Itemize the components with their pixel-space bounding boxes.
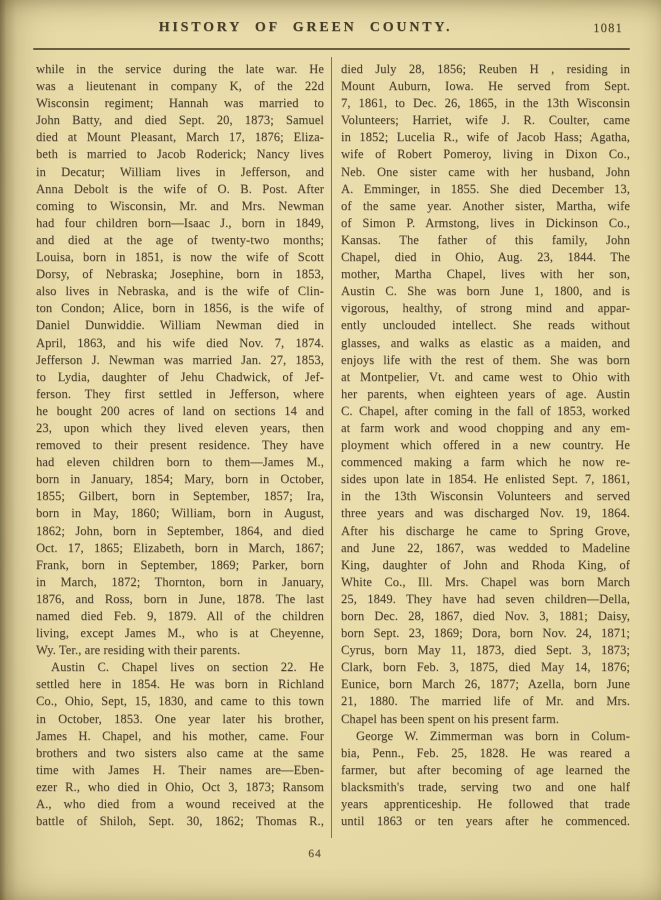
text-line: A., who died from a wound received at th… xyxy=(36,796,324,813)
text-line: Austin C. Chapel lives on section 22. He xyxy=(36,659,324,676)
text-line: in Decatur; William lives in Jefferson, … xyxy=(36,164,324,181)
text-line: glasses, and walks as elastic as a maide… xyxy=(341,335,630,352)
text-line: Wy. Ter., are residing with their parent… xyxy=(36,642,324,659)
text-line: John Batty, and died Sept. 20, 1873; Sam… xyxy=(36,112,324,129)
text-line: removed to their present residence. They… xyxy=(36,437,324,454)
text-line: had four children born—Isaac J., born in… xyxy=(36,215,324,232)
text-line: 21, 1880. The married life of Mr. and Mr… xyxy=(341,693,630,710)
text-line: bia, Penn., Feb. 25, 1828. He was reared… xyxy=(341,745,630,762)
text-line: Volunteers; Harriet, wife J. R. Coulter,… xyxy=(341,112,630,129)
text-line: blacksmith's trade, serving two and one … xyxy=(341,779,630,796)
text-line: George W. Zimmerman was born in Colum- xyxy=(341,728,630,745)
text-line: sides upon late in 1854. He enlisted Sep… xyxy=(341,471,630,488)
text-line: Anna Debolt is the wife of O. B. Post. A… xyxy=(36,181,324,198)
text-line: while in the service during the late war… xyxy=(36,61,324,78)
text-line: Cyrus, born May 11, 1873, died Sept. 3, … xyxy=(341,642,630,659)
text-line: 1855; Gilbert, born in September, 1857; … xyxy=(36,488,324,505)
text-line: White Co., Ill. Mrs. Chapel was born Mar… xyxy=(341,574,630,591)
text-line: ently unclouded intellect. She reads wit… xyxy=(341,317,630,334)
text-line: 1876, and Ross, born in June, 1878. The … xyxy=(36,591,324,608)
text-line: 23, upon which they lived eleven years, … xyxy=(36,420,324,437)
text-line: Neb. One sister came with her husband, J… xyxy=(341,164,630,181)
text-line: had eleven children born to them—James M… xyxy=(36,454,324,471)
text-line: years apprenticeship. He followed that t… xyxy=(341,796,630,813)
text-line: coming to Wisconsin, Mr. and Mrs. Newman xyxy=(36,198,324,215)
text-line: enjoys life with the rest of them. She w… xyxy=(341,352,630,369)
text-line: ton Condon; Alice, born in 1856, is the … xyxy=(36,300,324,317)
text-line: died July 28, 1856; Reuben H , residing … xyxy=(341,61,630,78)
text-line: wife of Robert Pomeroy, living in Dixon … xyxy=(341,146,630,163)
text-line: Frank, born in September, 1869; Parker, … xyxy=(36,557,324,574)
text-line: Mount Auburn, Iowa. He served from Sept. xyxy=(341,78,630,95)
text-line: named died Feb. 9, 1879. All of the chil… xyxy=(36,608,324,625)
text-line: time with James H. Their names are—Eben- xyxy=(36,762,324,779)
text-line: ezer R., who died in Ohio, Oct 3, 1873; … xyxy=(36,779,324,796)
text-line: James H. Chapel, and his mother, came. F… xyxy=(36,728,324,745)
text-line: vigorous, healthy, of strong mind and ap… xyxy=(341,300,630,317)
page-number: 1081 xyxy=(593,21,623,36)
left-text-column: while in the service during the late war… xyxy=(36,61,324,830)
text-line: brothers and two sisters also came at th… xyxy=(36,745,324,762)
text-line: ferson. They first settled in Jefferson,… xyxy=(36,386,324,403)
header-rule xyxy=(33,48,630,50)
text-line: in October, 1853. One year later his bro… xyxy=(36,711,324,728)
text-line: After his discharge he came to Spring Gr… xyxy=(341,523,630,540)
text-line: born Dec. 28, 1867, died Nov. 3, 1881; D… xyxy=(341,608,630,625)
text-line: Wisconsin regiment; Hannah was married t… xyxy=(36,95,324,112)
text-line: 25, 1849. They have had seven children—D… xyxy=(341,591,630,608)
text-line: her parents, when eighteen years of age.… xyxy=(341,386,630,403)
text-line: at Montpelier, Vt. and came west to Ohio… xyxy=(341,369,630,386)
text-line: to Lydia, daughter of Jehu Chadwick, of … xyxy=(36,369,324,386)
text-line: and died at the age of twenty-two months… xyxy=(36,232,324,249)
text-line: Chapel has been spent on his present far… xyxy=(341,711,630,728)
text-line: born in May, 1860; William, born in Augu… xyxy=(36,505,324,522)
right-text-column: died July 28, 1856; Reuben H , residing … xyxy=(341,61,630,830)
text-line: C. Chapel, after coming in the fall of 1… xyxy=(341,403,630,420)
text-line: living, except James M., who is at Cheye… xyxy=(36,625,324,642)
text-line: Oct. 17, 1865; Elizabeth, born in March,… xyxy=(36,540,324,557)
text-line: at farm work and wood chopping and any e… xyxy=(341,420,630,437)
text-line: born Sept. 23, 1869; Dora, born Nov. 24,… xyxy=(341,625,630,642)
text-line: Daniel Dunwiddie. William Newman died in xyxy=(36,317,324,334)
text-line: Kansas. The father of this family, John xyxy=(341,232,630,249)
text-line: also lives in Nebraska, and is the wife … xyxy=(36,283,324,300)
text-line: Clark, born Feb. 3, 1875, died May 14, 1… xyxy=(341,659,630,676)
text-line: commenced making a farm which he now re- xyxy=(341,454,630,471)
text-line: settled here in 1854. He was born in Ric… xyxy=(36,676,324,693)
text-line: until 1863 or ten years after he commenc… xyxy=(341,813,630,830)
text-line: of the same year. Another sister, Martha… xyxy=(341,198,630,215)
text-line: Austin C. She was born June 1, 1800, and… xyxy=(341,283,630,300)
signature-mark: 64 xyxy=(298,848,332,860)
text-line: ployment which offered in a new country.… xyxy=(341,437,630,454)
text-line: Eunice, born March 26, 1877; Azella, bor… xyxy=(341,676,630,693)
running-header: HISTORY OF GREEN COUNTY. 1081 xyxy=(33,20,631,40)
text-line: mother, Martha Chapel, lives with her so… xyxy=(341,266,630,283)
column-divider-rule xyxy=(331,57,332,838)
running-header-title: HISTORY OF GREEN COUNTY. xyxy=(33,20,578,36)
text-line: of Simon P. Armstong, lives in Dickinson… xyxy=(341,215,630,232)
text-line: Louisa, born in 1851, is now the wife of… xyxy=(36,249,324,266)
text-line: born in January, 1854; Mary, born in Oct… xyxy=(36,471,324,488)
text-line: King, daughter of John and Rhoda King, o… xyxy=(341,557,630,574)
text-line: Co., Ohio, Sept, 15, 1830, and came to t… xyxy=(36,693,324,710)
text-line: 1862; John, born in September, 1864, and… xyxy=(36,523,324,540)
text-line: in 1852; Lucelia R., wife of Jacob Hass;… xyxy=(341,129,630,146)
text-line: and June 22, 1867, was wedded to Madelin… xyxy=(341,540,630,557)
text-line: Dorsy, of Nebraska; Josephine, born in 1… xyxy=(36,266,324,283)
text-line: April, 1863, and his wife died Nov. 7, 1… xyxy=(36,335,324,352)
text-line: farmer, but after becoming of age learne… xyxy=(341,762,630,779)
text-line: he bought 200 acres of land on sections … xyxy=(36,403,324,420)
text-line: 7, 1861, to Dec. 26, 1865, in the 13th W… xyxy=(341,95,630,112)
book-page: HISTORY OF GREEN COUNTY. 1081 while in t… xyxy=(0,0,661,900)
text-line: A. Emminger, in 1855. She died December … xyxy=(341,181,630,198)
text-line: battle of Shiloh, Sept. 30, 1862; Thomas… xyxy=(36,813,324,830)
text-line: was a lieutenant in company K, of the 22… xyxy=(36,78,324,95)
text-line: in the 13th Wisconsin Volunteers and ser… xyxy=(341,488,630,505)
text-line: three years and was discharged Nov. 19, … xyxy=(341,505,630,522)
text-line: Chapel, died in Ohio, Aug. 23, 1844. The xyxy=(341,249,630,266)
text-line: in March, 1872; Thornton, born in Januar… xyxy=(36,574,324,591)
text-line: beth is married to Jacob Roderick; Nancy… xyxy=(36,146,324,163)
text-line: died at Mount Pleasant, March 17, 1876; … xyxy=(36,129,324,146)
text-line: Jefferson J. Newman was married Jan. 27,… xyxy=(36,352,324,369)
